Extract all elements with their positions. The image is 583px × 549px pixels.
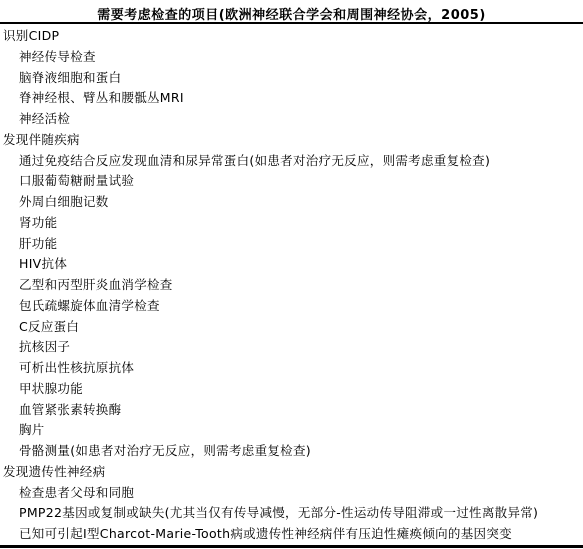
checklist-item: 可析出性核抗原抗体 bbox=[3, 358, 583, 379]
checklist: 识别CIDP神经传导检查脑脊液细胞和蛋白脊神经根、臂丛和腰骶丛MRI神经活检发现… bbox=[3, 26, 583, 545]
checklist-item: 乙型和丙型肝炎血消学检查 bbox=[3, 275, 583, 296]
checklist-item: 肾功能 bbox=[3, 213, 583, 234]
checklist-item: 通过免疫结合反应发现血清和尿异常蛋白(如患者对治疗无反应，则需考虑重复检查) bbox=[3, 151, 583, 172]
checklist-item: 神经传导检查 bbox=[3, 47, 583, 68]
checklist-item: 骨骼测量(如患者对治疗无反应，则需考虑重复检查) bbox=[3, 441, 583, 462]
checklist-item: 神经活检 bbox=[3, 109, 583, 130]
section-header: 识别CIDP bbox=[3, 26, 583, 47]
page-title: 需要考虑检查的项目(欧洲神经联合学会和周围神经协会，2005) bbox=[0, 4, 583, 23]
section-header: 发现遗传性神经病 bbox=[3, 462, 583, 483]
checklist-item: 包氏疏螺旋体血清学检查 bbox=[3, 296, 583, 317]
checklist-item: 甲状腺功能 bbox=[3, 379, 583, 400]
checklist-item: 脊神经根、臂丛和腰骶丛MRI bbox=[3, 88, 583, 109]
checklist-item: C反应蛋白 bbox=[3, 317, 583, 338]
checklist-item: 已知可引起I型Charcot-Marie-Tooth病或遗传性神经病伴有压迫性瘫… bbox=[3, 524, 583, 545]
checklist-item: 口服葡萄糖耐量试验 bbox=[3, 171, 583, 192]
checklist-item: PMP22基因或复制或缺失(尤其当仅有传导减慢，无部分-性运动传导阻滞或一过性离… bbox=[3, 503, 583, 524]
checklist-item: 抗核因子 bbox=[3, 337, 583, 358]
checklist-item: 外周白细胞记数 bbox=[3, 192, 583, 213]
document-page: 需要考虑检查的项目(欧洲神经联合学会和周围神经协会，2005) 识别CIDP神经… bbox=[0, 0, 583, 549]
checklist-item: 脑脊液细胞和蛋白 bbox=[3, 68, 583, 89]
checklist-item: 肝功能 bbox=[3, 234, 583, 255]
checklist-item: 胸片 bbox=[3, 420, 583, 441]
checklist-item: 检查患者父母和同胞 bbox=[3, 483, 583, 504]
checklist-item: 血管紧张素转换酶 bbox=[3, 400, 583, 421]
section-header: 发现伴随疾病 bbox=[3, 130, 583, 151]
checklist-item: HIV抗体 bbox=[3, 254, 583, 275]
bottom-divider bbox=[0, 545, 583, 548]
title-divider bbox=[0, 22, 583, 24]
